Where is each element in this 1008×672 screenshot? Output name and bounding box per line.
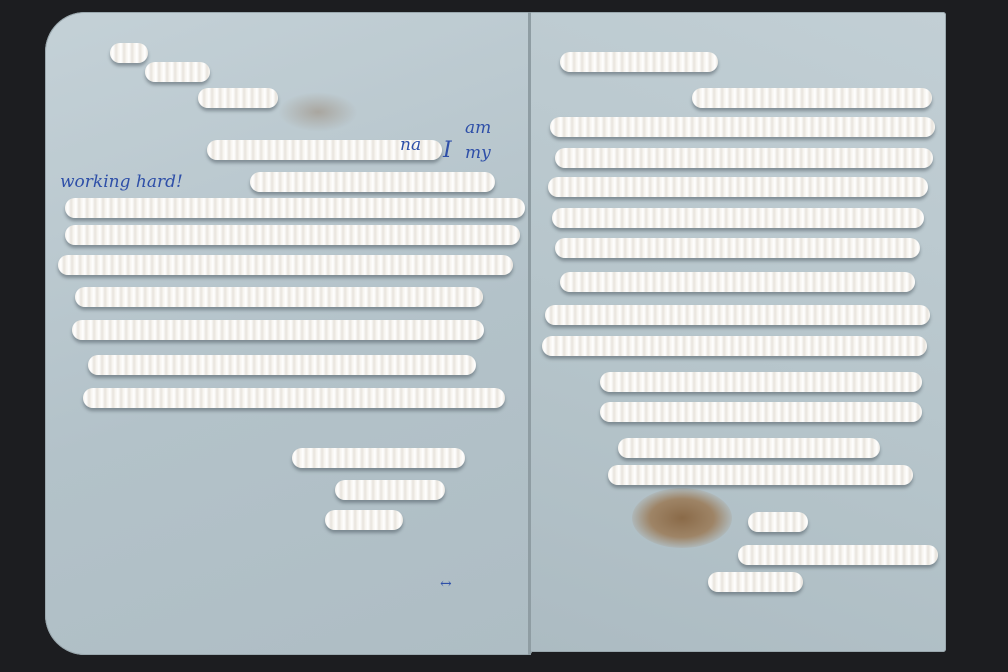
rice-row [548,177,928,197]
rice-row [555,238,920,258]
rice-row [560,272,915,292]
rice-row [692,88,932,108]
handwriting-my: my [465,143,491,163]
rice-row [708,572,803,592]
rice-row [145,62,210,82]
paper-fold [528,12,531,655]
rice-row [72,320,484,340]
rice-row [83,388,505,408]
rice-row [560,52,718,72]
rice-row [555,148,933,168]
rice-row [550,117,935,137]
rice-row [748,512,808,532]
rice-row [65,225,520,245]
faint-stain [278,92,358,132]
handwriting-na: na [400,135,421,155]
rice-row [325,510,403,530]
handwriting-mark: ↔ [440,576,452,592]
rice-row [250,172,495,192]
coffee-stain [632,488,732,548]
rice-row [88,355,476,375]
rice-row [738,545,938,565]
rice-row [198,88,278,108]
rice-row [335,480,445,500]
rice-row [600,402,922,422]
rice-row [545,305,930,325]
rice-row [608,465,913,485]
rice-row [292,448,465,468]
handwriting-i: I [443,138,452,163]
rice-row [58,255,513,275]
rice-row [618,438,880,458]
rice-row [552,208,924,228]
rice-row [600,372,922,392]
rice-row [110,43,148,63]
handwriting-working-hard: working hard! [60,172,183,192]
handwriting-am: am [465,118,491,138]
rice-row [542,336,927,356]
rice-row [65,198,525,218]
rice-row [75,287,483,307]
